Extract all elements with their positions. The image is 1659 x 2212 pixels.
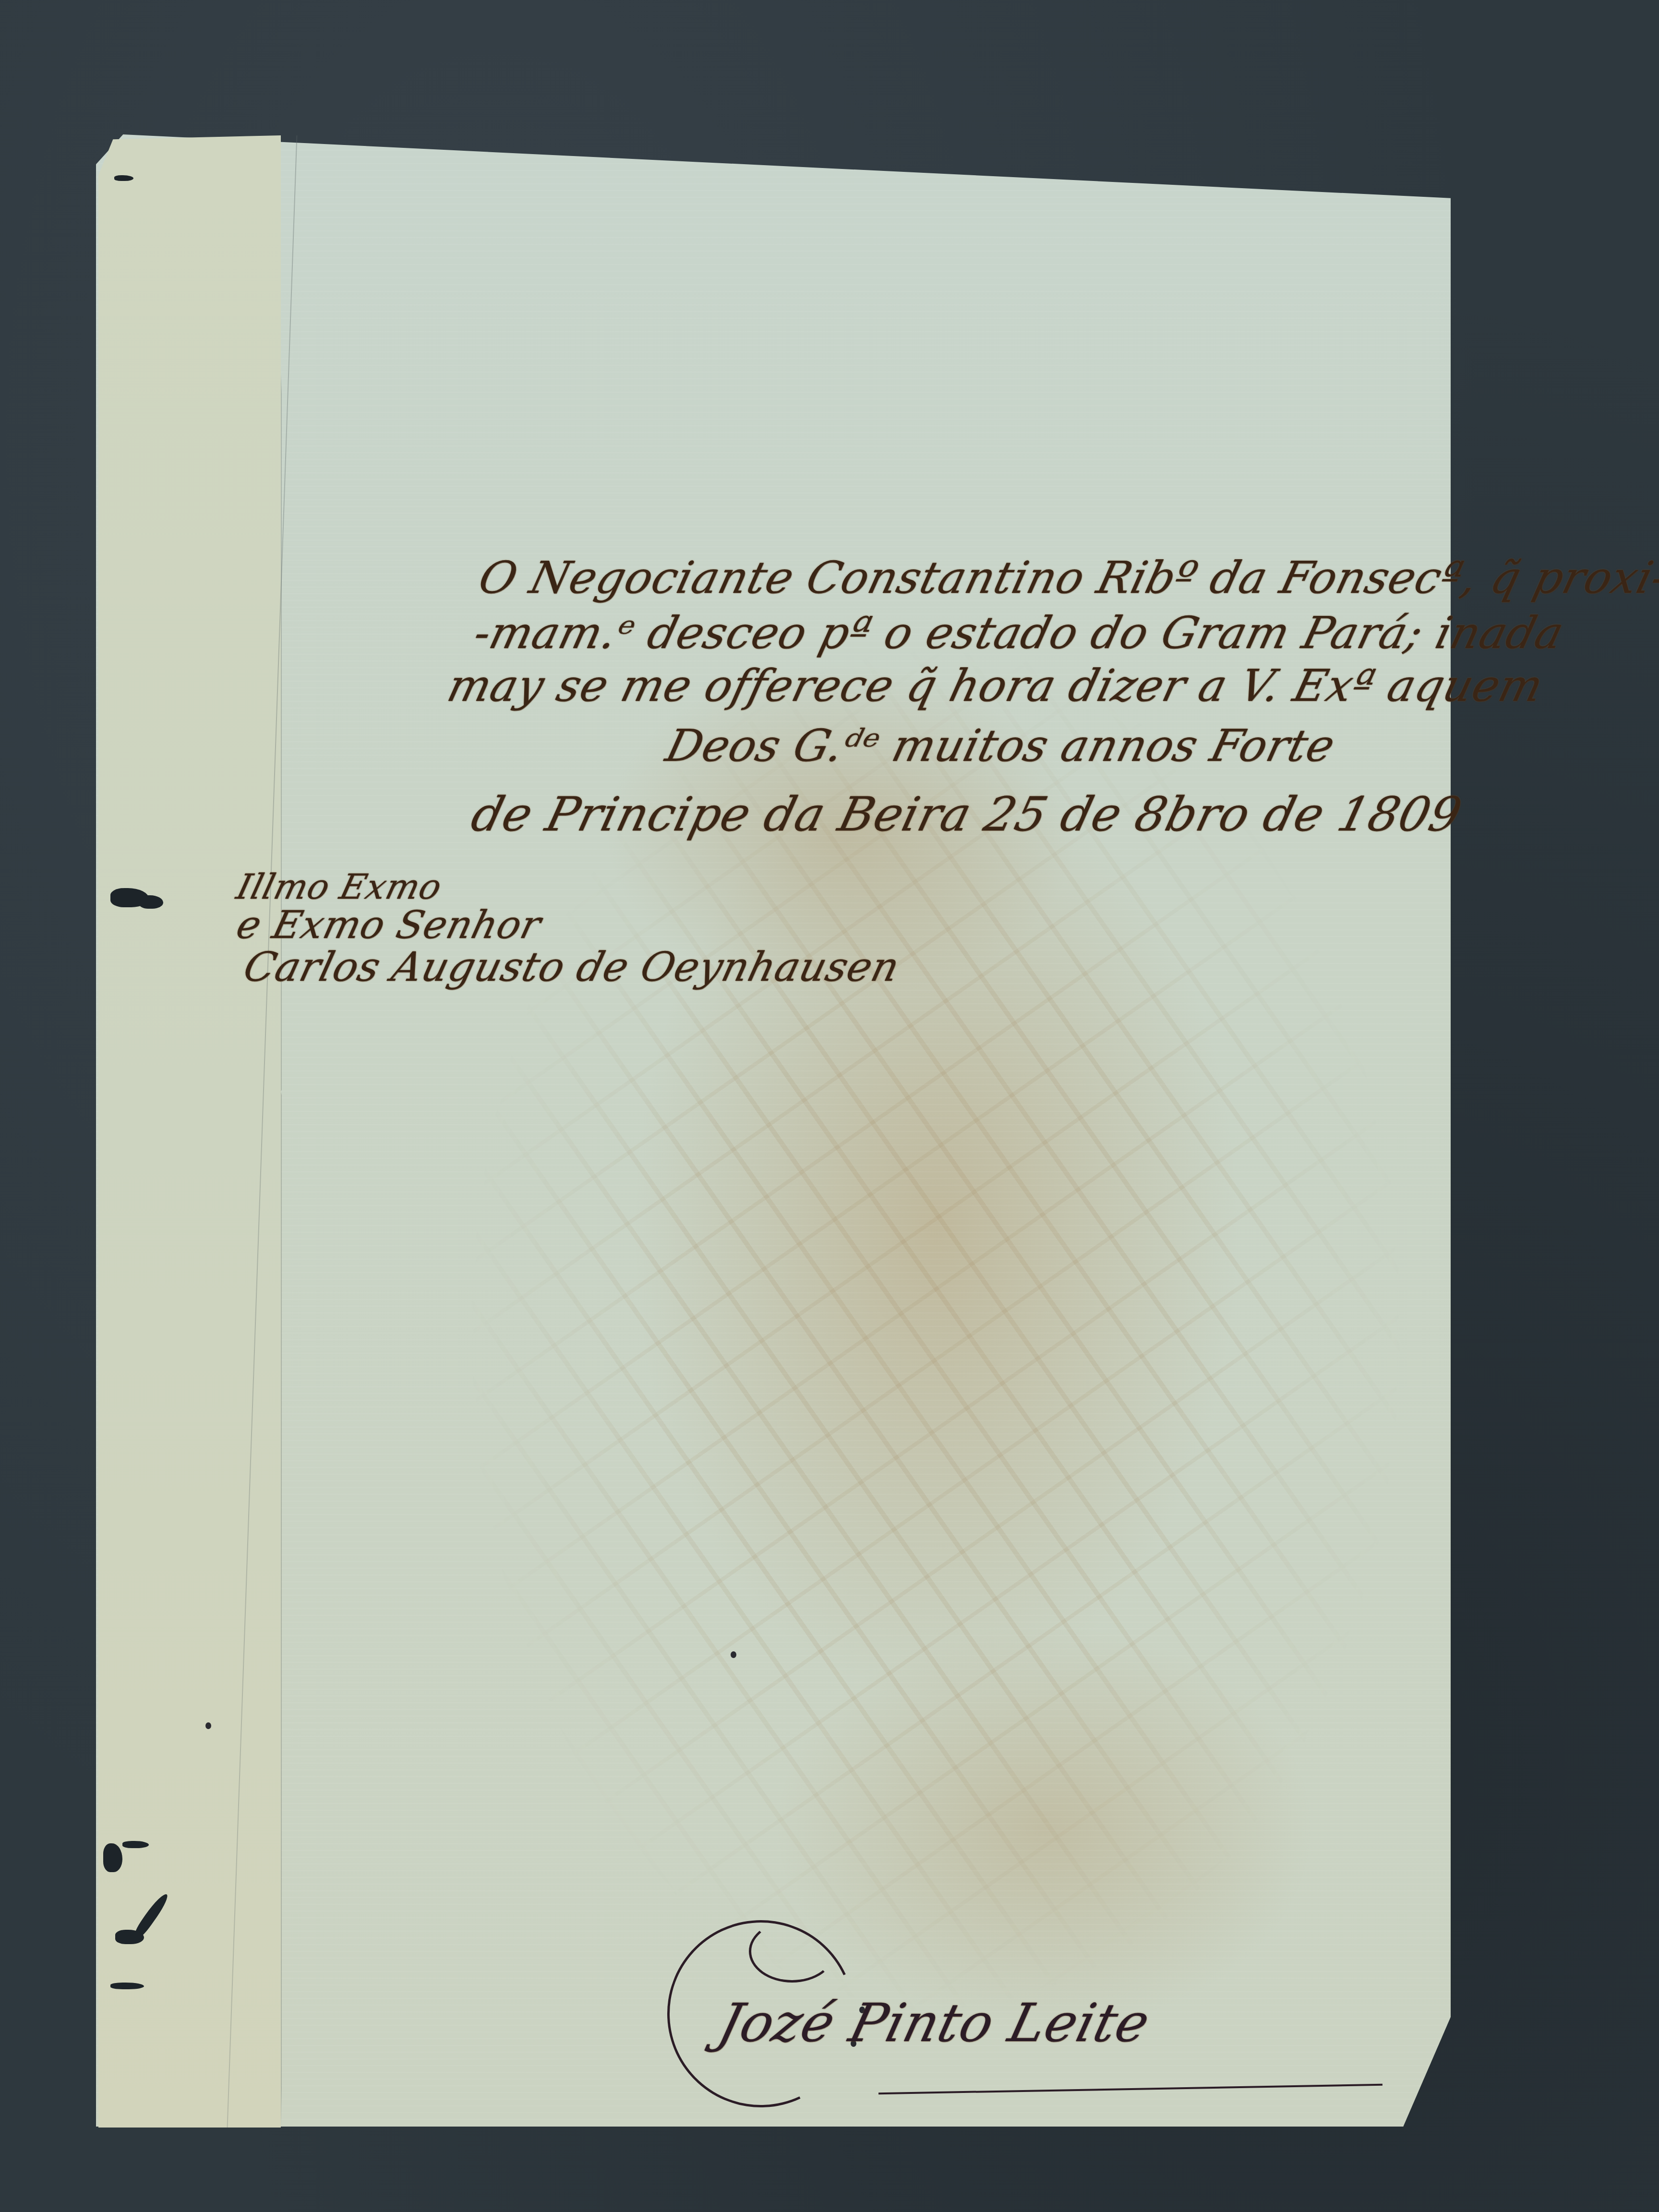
letter-line-1: O Negociante Constantino Ribº da Fonsecª… — [474, 552, 1659, 603]
paper-tear — [122, 1841, 149, 1848]
paper-tear — [110, 1983, 144, 1989]
addressee-name: Carlos Augusto de Oeynhausen — [239, 943, 904, 990]
paper-tear — [139, 895, 163, 909]
salutation-line-2: e Exmo Senhor — [232, 902, 546, 947]
paper-texture — [96, 134, 1451, 2127]
signature: Jozé Pinto Leite — [712, 1992, 1156, 2054]
signature-flourish — [749, 1920, 835, 1983]
letter-line-4-closing: Deos G.ᵈᵉ muitos annos Forte — [661, 720, 1340, 771]
letter-sheet — [96, 134, 1451, 2127]
letter-line-2: -mam.ᵉ desceo pª o estado do Gram Pará; … — [469, 607, 1569, 659]
ink-dot — [205, 1722, 211, 1729]
letter-line-3: may se me offerece q̃ hora dizer a V. Ex… — [443, 660, 1549, 711]
letter-line-5-place-date: de Principe da Beira 25 de 8bro de 1809 — [466, 787, 1467, 842]
overlapping-left-strip — [98, 135, 281, 2128]
ink-dot — [731, 1651, 736, 1658]
salutation-line-1: Illmo Exmo — [233, 866, 446, 907]
paper-tear — [114, 175, 133, 181]
paper-tear — [115, 1930, 144, 1944]
